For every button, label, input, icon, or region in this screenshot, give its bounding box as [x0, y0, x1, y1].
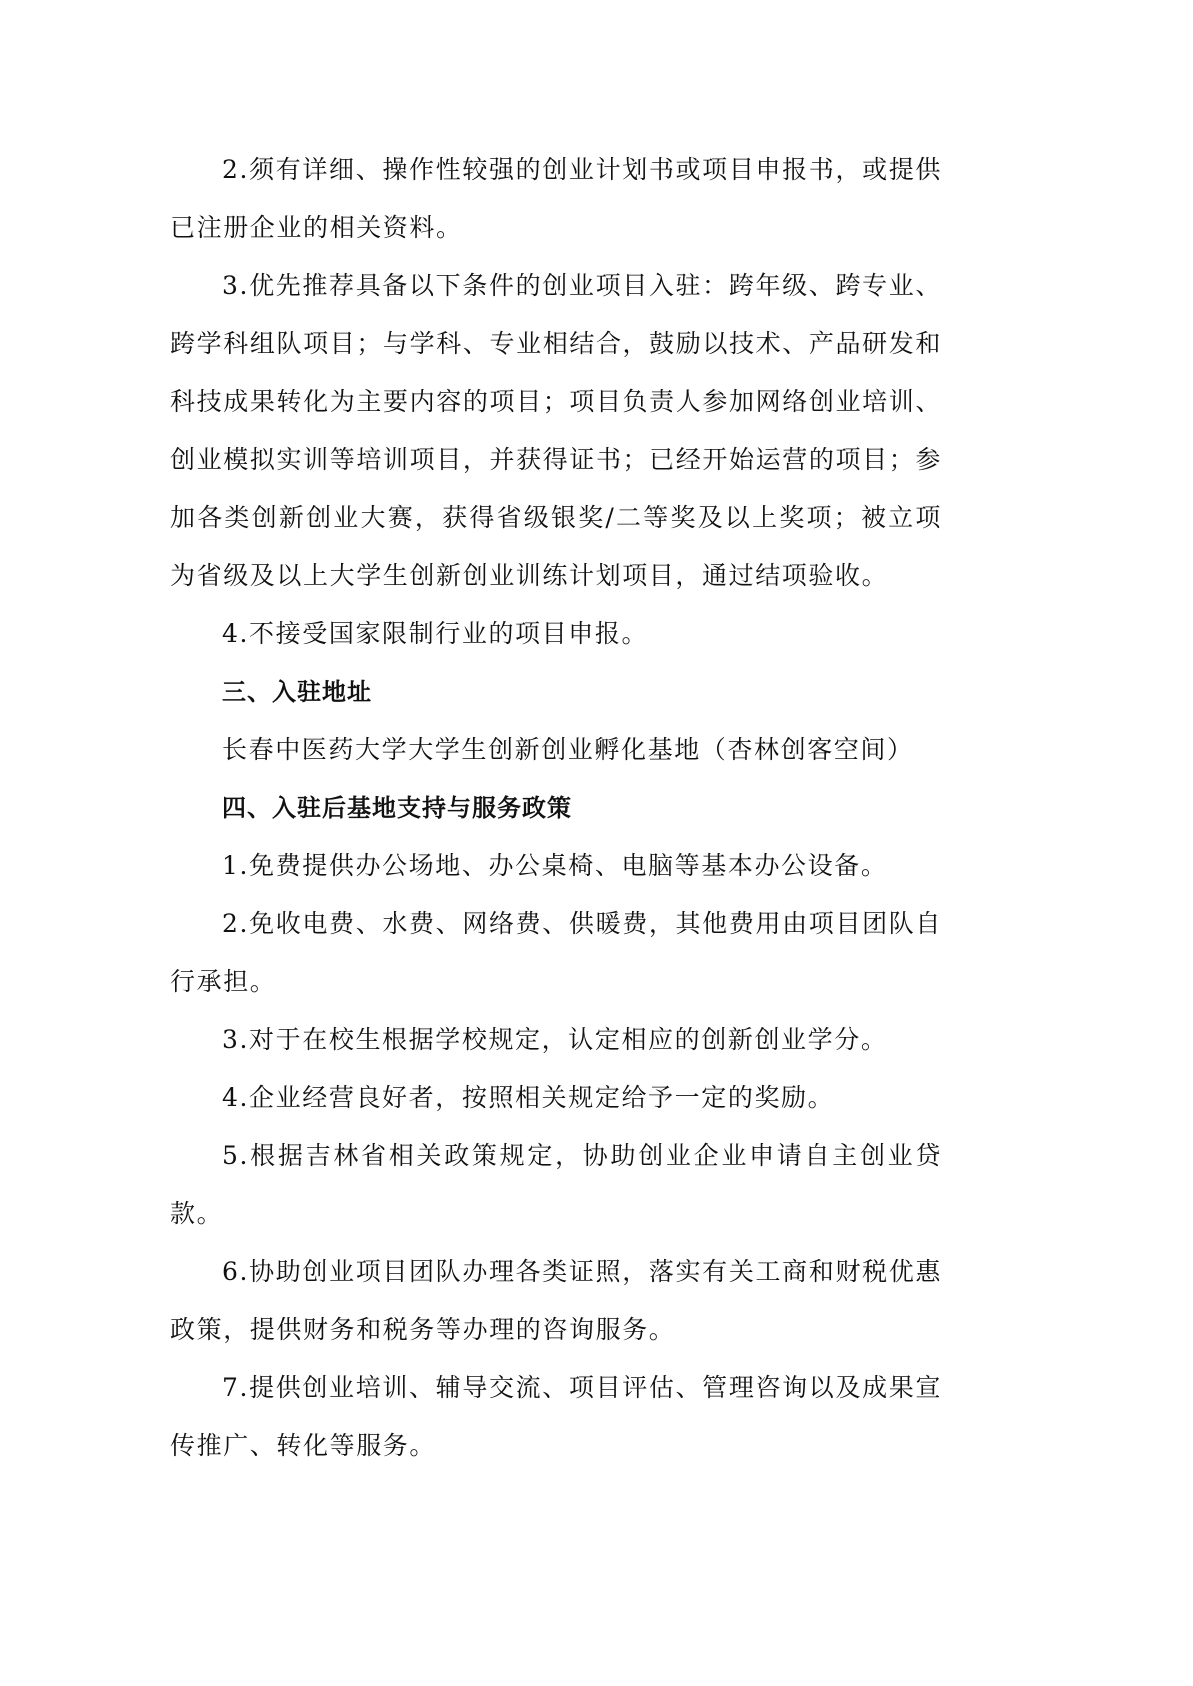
policy-item-3: 3.对于在校生根据学校规定，认定相应的创新创业学分。 — [170, 1011, 942, 1069]
policy-item-2: 2.免收电费、水费、网络费、供暖费，其他费用由项目团队自行承担。 — [170, 895, 942, 1011]
policy-item-6: 6.协助创业项目团队办理各类证照，落实有关工商和财税优惠政策，提供财务和税务等办… — [170, 1243, 942, 1359]
requirement-item-3: 3.优先推荐具备以下条件的创业项目入驻：跨年级、跨专业、跨学科组队项目；与学科、… — [170, 257, 942, 605]
address-text: 长春中医药大学大学生创新创业孵化基地（杏林创客空间） — [170, 721, 942, 779]
policy-item-1: 1.免费提供办公场地、办公桌椅、电脑等基本办公设备。 — [170, 837, 942, 895]
section-heading-address: 三、入驻地址 — [170, 663, 942, 721]
requirement-item-2: 2.须有详细、操作性较强的创业计划书或项目申报书，或提供已注册企业的相关资料。 — [170, 141, 942, 257]
document-page: 2.须有详细、操作性较强的创业计划书或项目申报书，或提供已注册企业的相关资料。 … — [170, 141, 942, 1475]
policy-item-7: 7.提供创业培训、辅导交流、项目评估、管理咨询以及成果宣传推广、转化等服务。 — [170, 1359, 942, 1475]
policy-item-5: 5.根据吉林省相关政策规定，协助创业企业申请自主创业贷款。 — [170, 1127, 942, 1243]
section-heading-policies: 四、入驻后基地支持与服务政策 — [170, 779, 942, 837]
policy-item-4: 4.企业经营良好者，按照相关规定给予一定的奖励。 — [170, 1069, 942, 1127]
requirement-item-4: 4.不接受国家限制行业的项目申报。 — [170, 605, 942, 663]
